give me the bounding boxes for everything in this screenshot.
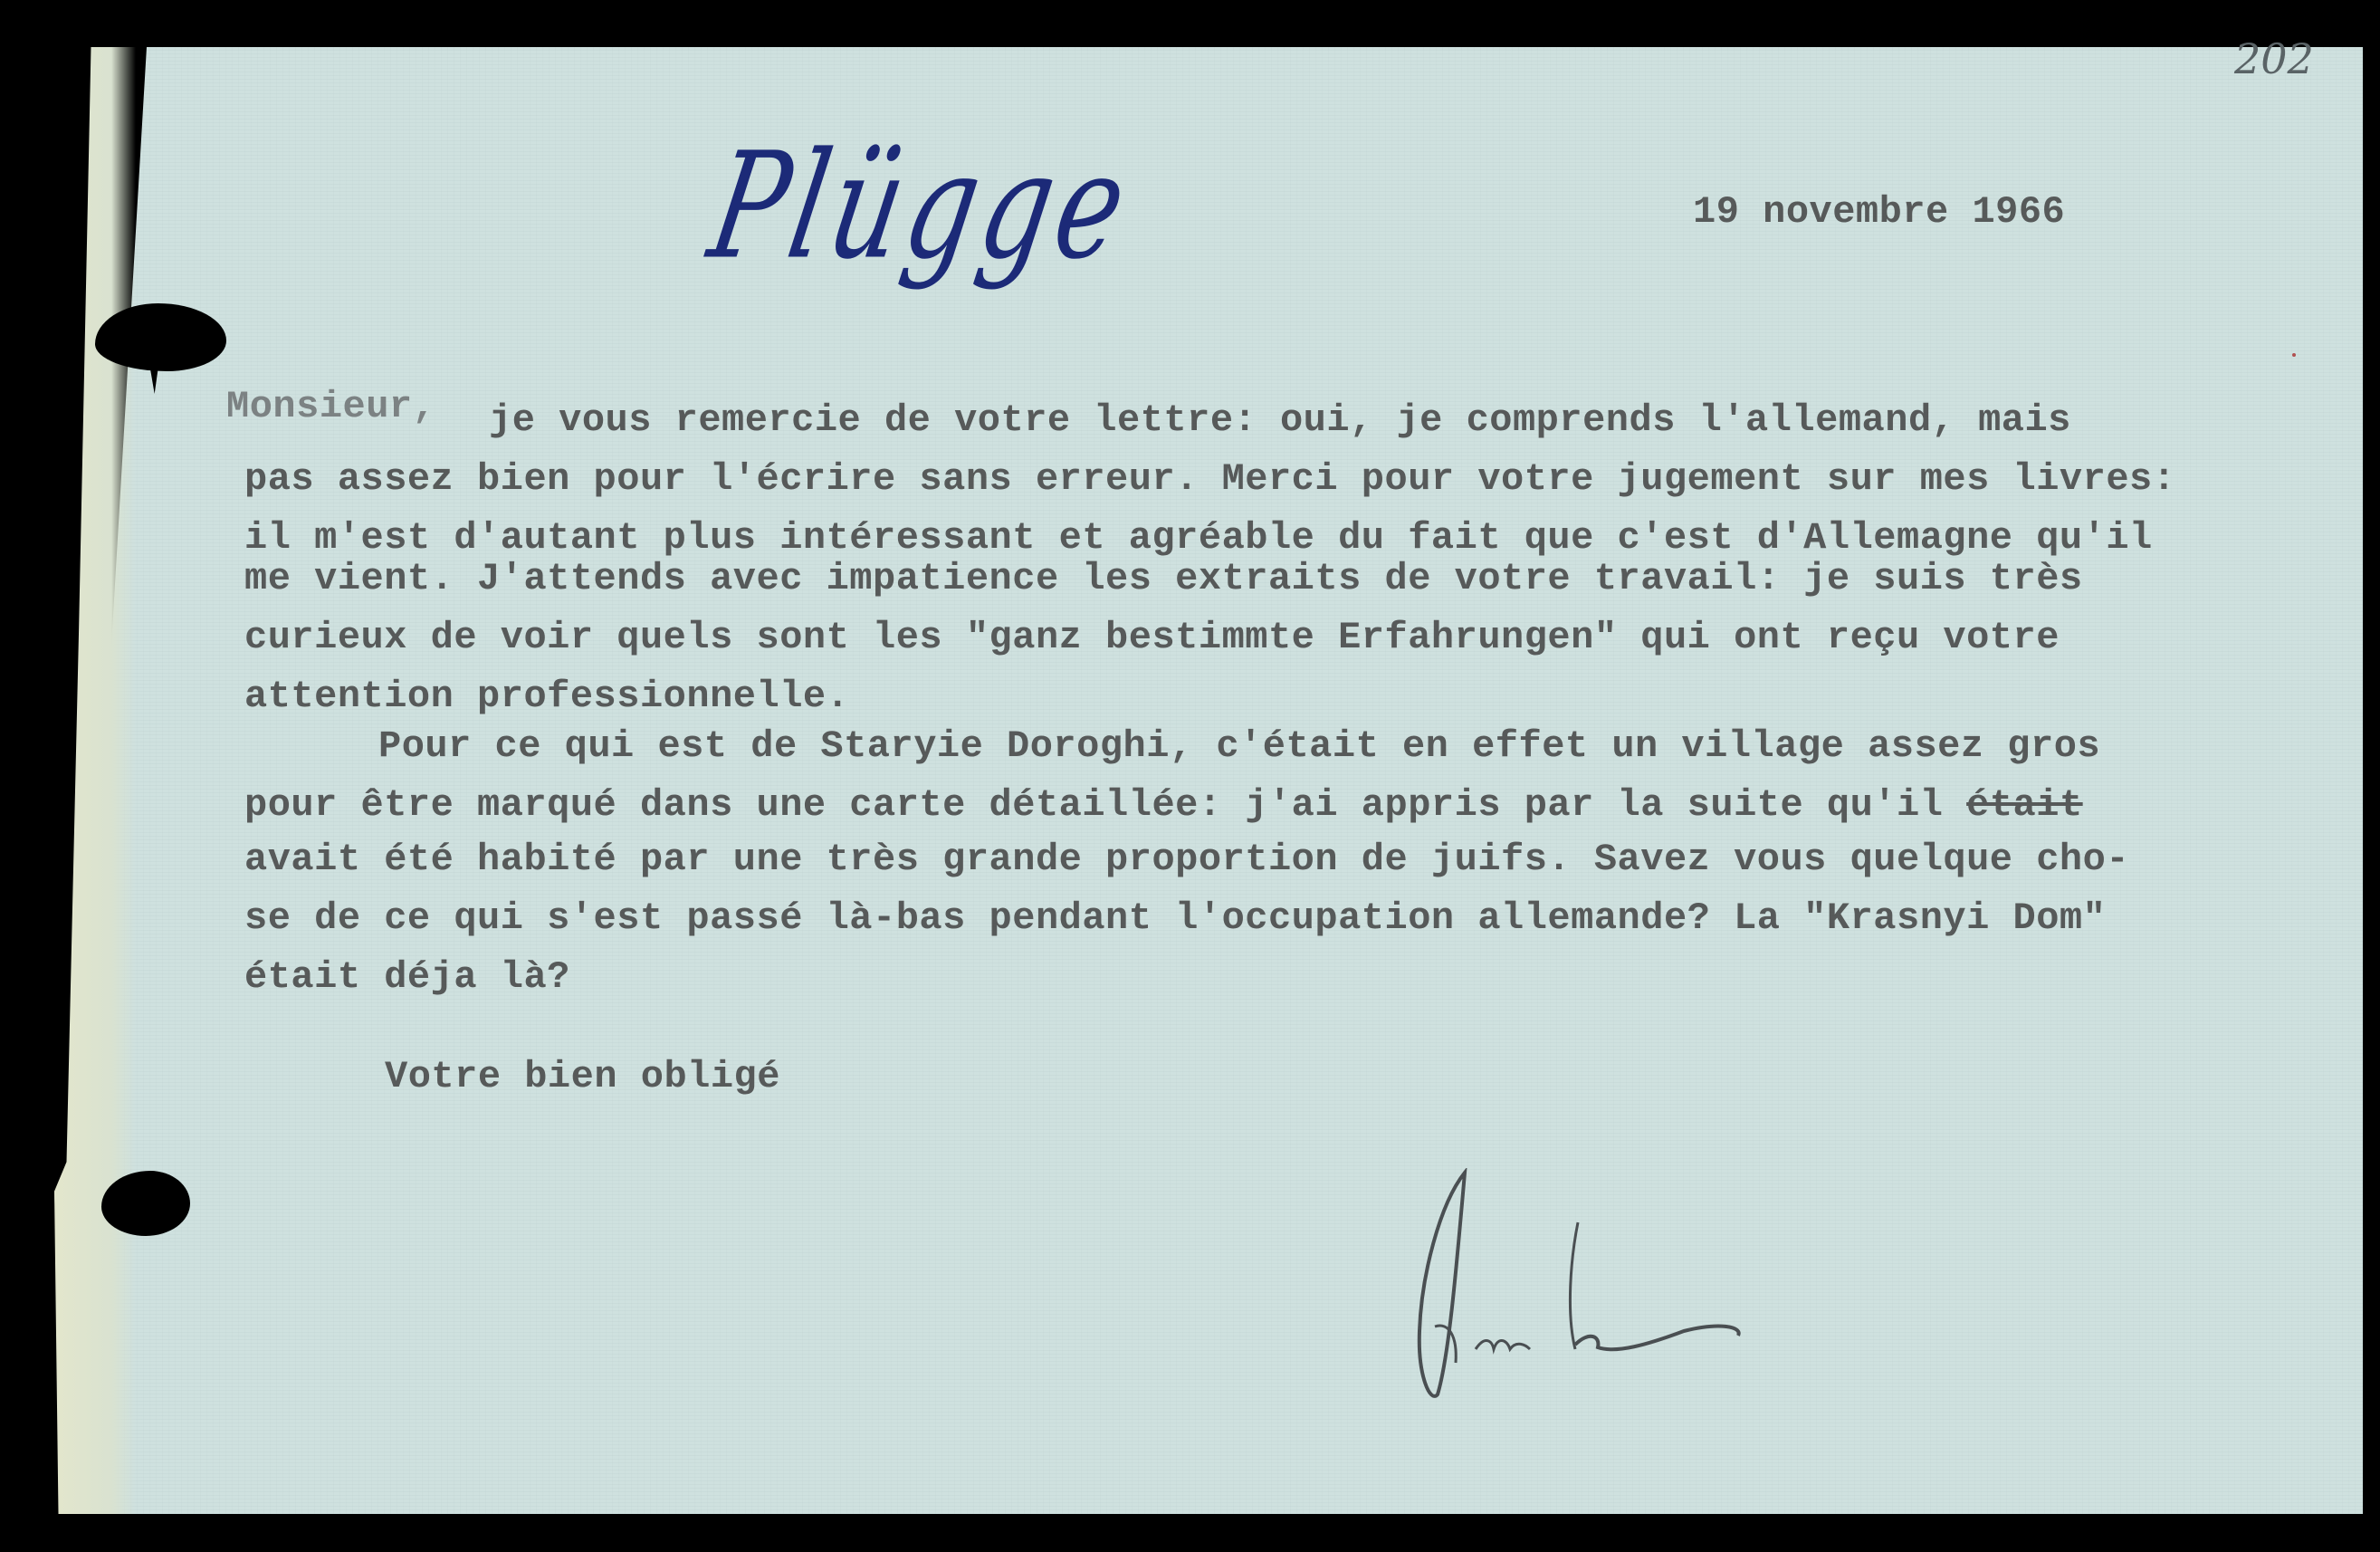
line-text: pour être marqué dans une carte détaillé… bbox=[244, 783, 1943, 827]
paragraph-line: attention professionnelle. bbox=[244, 675, 849, 718]
page-number: 202 bbox=[2234, 34, 2314, 83]
paragraph-line: pour être marqué dans une carte détaillé… bbox=[244, 783, 2083, 827]
closing-line: Votre bien obligé bbox=[385, 1055, 780, 1098]
paragraph-line: avait été habité par une très grande pro… bbox=[244, 838, 2129, 881]
paragraph-line: se de ce qui s'est passé là-bas pendant … bbox=[244, 896, 2106, 940]
letter-paper bbox=[54, 47, 2363, 1514]
ink-speck bbox=[2292, 353, 2296, 357]
handwritten-recipient-name: Plügge bbox=[699, 122, 1142, 292]
handwritten-signature bbox=[1358, 1168, 1774, 1404]
paragraph-line: je vous remercie de votre lettre: oui, j… bbox=[489, 398, 2071, 442]
letter-date: 19 novembre 1966 bbox=[1693, 190, 2065, 234]
salutation: Monsieur, bbox=[226, 385, 435, 428]
paragraph-line: Pour ce qui est de Staryie Doroghi, c'ét… bbox=[378, 724, 2100, 768]
paper-edge bbox=[54, 47, 136, 1514]
paragraph-line: était déja là? bbox=[244, 955, 570, 999]
paragraph-line: pas assez bien pour l'écrire sans erreur… bbox=[244, 457, 2175, 501]
paragraph-line: curieux de voir quels sont les "ganz bes… bbox=[244, 616, 2060, 659]
punch-hole-bottom bbox=[101, 1171, 190, 1236]
paragraph-line: me vient. J'attends avec impatience les … bbox=[244, 557, 2083, 600]
paragraph-line: il m'est d'autant plus intéressant et ag… bbox=[244, 516, 2153, 560]
struck-out-word: était bbox=[1966, 783, 2083, 827]
